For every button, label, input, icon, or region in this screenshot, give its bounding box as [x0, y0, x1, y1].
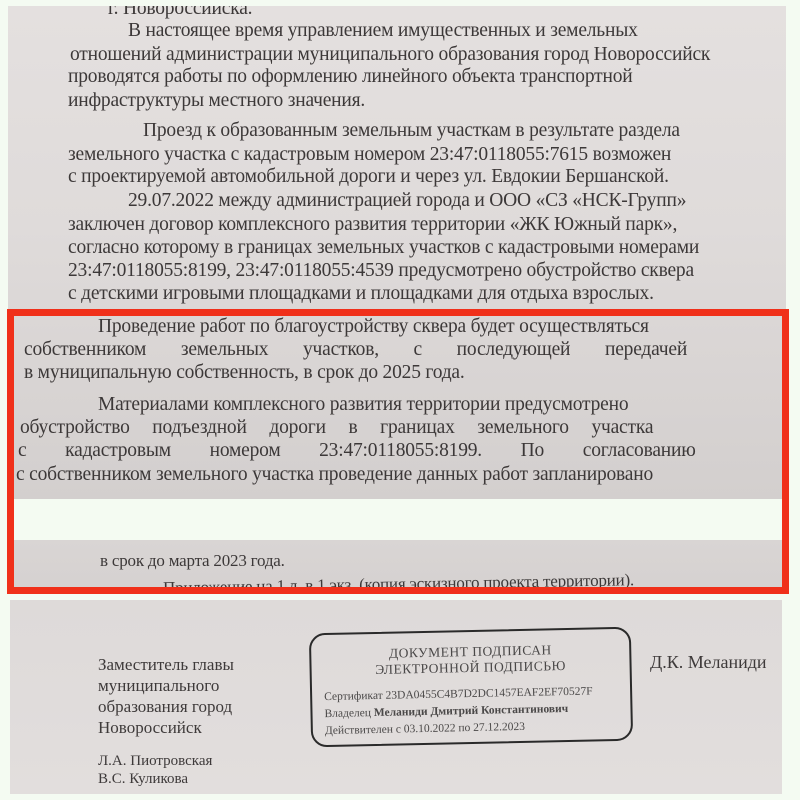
text: В.С. Куликова — [98, 770, 212, 788]
text-line: с собственником земельного участка прове… — [16, 464, 786, 486]
signatory-position: Заместитель главы муниципального образов… — [98, 654, 234, 738]
document-photo-top: г. Новороссийска. В настоящее время упра… — [8, 6, 786, 499]
text-line: отношений администрации муниципального о… — [70, 44, 786, 66]
text: образования город — [98, 696, 234, 717]
value: 03.10.2022 — [404, 722, 456, 735]
text-line: В настоящее время управлением имуществен… — [128, 20, 756, 42]
text-line: г. Новороссийска. — [108, 6, 786, 20]
text-line: Материалами комплексного развития террит… — [98, 394, 786, 416]
text-line: 29.07.2022 между администрацией города и… — [128, 190, 786, 212]
text-line: с детскими игровыми площадками и площадк… — [68, 283, 786, 305]
value: 23DA0455C4B7D2DC1457EAF2EF70527F — [385, 685, 592, 701]
text-line: с проектируемой автомобильной дороги и ч… — [68, 166, 786, 188]
text: Заместитель главы — [98, 654, 234, 675]
label: Владелец — [324, 707, 371, 720]
value: Меланиди Дмитрий Константинович — [374, 703, 569, 719]
label: по — [458, 722, 470, 734]
label: Сертификат — [324, 690, 383, 703]
signatory-name: Д.К. Меланиди — [650, 652, 767, 673]
text-line: с кадастровым номером 23:47:0118055:8199… — [18, 440, 786, 462]
text: В настоящее время управлением имуществен… — [128, 20, 638, 42]
executors: Л.А. Пиотровская В.С. Куликова — [98, 752, 212, 788]
label: Действителен с — [325, 723, 401, 737]
text-line: проводятся работы по оформлению линейног… — [68, 66, 786, 88]
text-line: инфраструктуры местного значения. — [68, 90, 786, 112]
text-line: заключен договор комплексного развития т… — [68, 214, 786, 236]
text-line: земельного участка с кадастровым номером… — [68, 144, 786, 166]
text-line: Проезд к образованным земельным участкам… — [143, 120, 786, 142]
text: Л.А. Пиотровская — [98, 752, 212, 770]
text-line: обустройство подъездной дороги в граница… — [20, 417, 786, 439]
text-line: Проведение работ по благоустройству скве… — [98, 316, 786, 338]
text-line: согласно которому в границах земельных у… — [68, 237, 786, 259]
document-photo-middle: в срок до марта 2023 года. Приложение на… — [8, 540, 786, 594]
text-line: собственником земельных участков, с посл… — [24, 339, 786, 361]
value: 27.12.2023 — [473, 721, 525, 734]
text: муниципального — [98, 675, 234, 696]
text-line: в муниципальную собственность, в срок до… — [24, 362, 786, 384]
text: Новороссийск — [98, 717, 234, 738]
electronic-signature-stamp: ДОКУМЕНТ ПОДПИСАН ЭЛЕКТРОННОЙ ПОДПИСЬЮ С… — [309, 627, 633, 748]
text-line: 23:47:0118055:8199, 23:47:0118055:4539 п… — [68, 260, 786, 282]
